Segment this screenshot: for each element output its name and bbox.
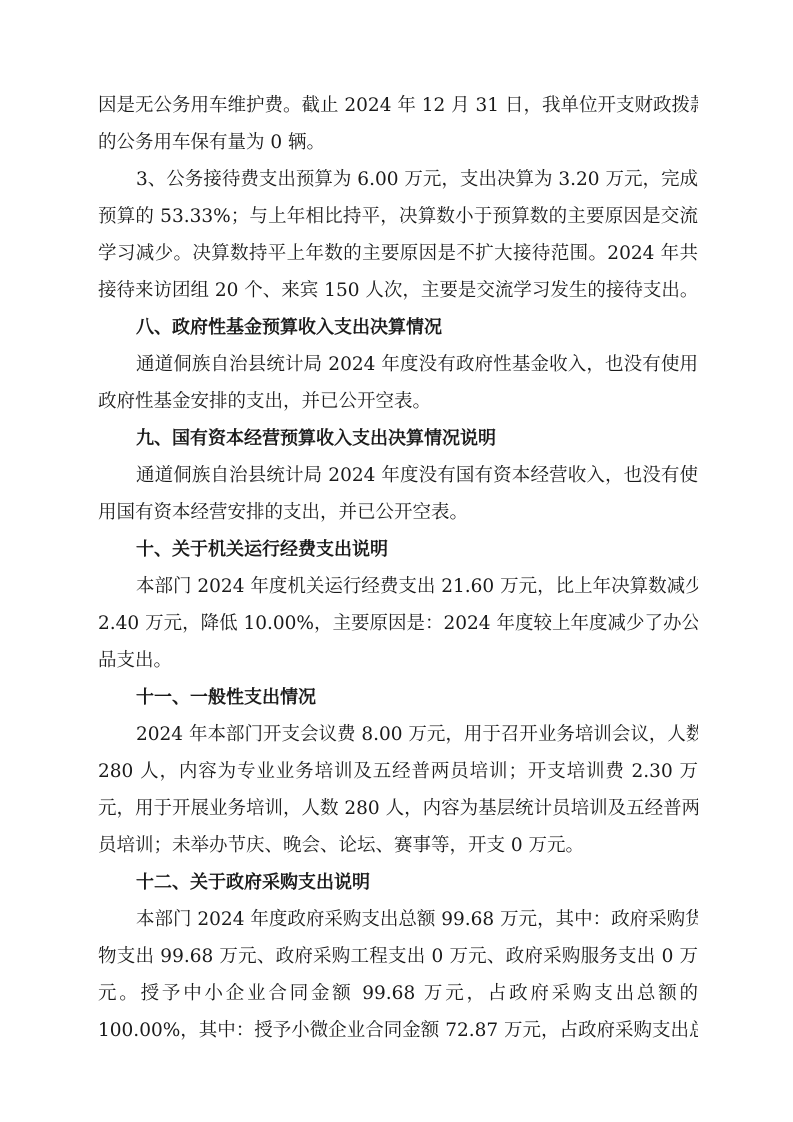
text-line: 通道侗族自治县统计局 2024 年度没有国有资本经营收入，也没有使 [98, 457, 698, 494]
text-line: 3、公务接待费支出预算为 6.00 万元，支出决算为 3.20 万元，完成 [98, 161, 698, 198]
section-heading-8: 八、政府性基金预算收入支出决算情况 [98, 309, 698, 346]
section-heading-9: 九、国有资本经营预算收入支出决算情况说明 [98, 420, 698, 457]
text-line: 2.40 万元，降低 10.00%，主要原因是：2024 年度较上年度减少了办公… [98, 605, 698, 642]
text-line: 本部门 2024 年度政府采购支出总额 99.68 万元，其中：政府采购货 [98, 901, 698, 938]
paragraph-state-capital: 通道侗族自治县统计局 2024 年度没有国有资本经营收入，也没有使 用国有资本经… [98, 457, 698, 531]
text-line: 接待来访团组 20 个、来宾 150 人次，主要是交流学习发生的接待支出。 [98, 272, 698, 309]
section-heading-12: 十二、关于政府采购支出说明 [98, 864, 698, 901]
text-line: 学习减少。决算数持平上年数的主要原因是不扩大接待范围。2024 年共 [98, 235, 698, 272]
text-line: 预算的 53.33%；与上年相比持平，决算数小于预算数的主要原因是交流 [98, 198, 698, 235]
text-line: 的公务用车保有量为 0 辆。 [98, 124, 698, 161]
paragraph-reception: 3、公务接待费支出预算为 6.00 万元，支出决算为 3.20 万元，完成 预算… [98, 161, 698, 309]
text-line: 本部门 2024 年度机关运行经费支出 21.60 万元，比上年决算数减少 [98, 568, 698, 605]
paragraph-gov-fund: 通道侗族自治县统计局 2024 年度没有政府性基金收入，也没有使用 政府性基金安… [98, 346, 698, 420]
text-line: 用国有资本经营安排的支出，并已公开空表。 [98, 494, 698, 531]
text-line: 元，用于开展业务培训，人数 280 人，内容为基层统计员培训及五经普两 [98, 790, 698, 827]
paragraph-vehicle: 因是无公务用车维护费。截止 2024 年 12 月 31 日，我单位开支财政拨款… [98, 87, 698, 161]
text-line: 100.00%，其中：授予小微企业合同金额 72.87 万元，占政府采购支出总 [98, 1012, 698, 1049]
paragraph-general-expenses: 2024 年本部门开支会议费 8.00 万元，用于召开业务培训会议，人数 280… [98, 716, 698, 864]
paragraph-procurement: 本部门 2024 年度政府采购支出总额 99.68 万元，其中：政府采购货 物支… [98, 901, 698, 1049]
section-heading-11: 十一、一般性支出情况 [98, 679, 698, 716]
text-line: 因是无公务用车维护费。截止 2024 年 12 月 31 日，我单位开支财政拨款 [98, 87, 698, 124]
document-page: 因是无公务用车维护费。截止 2024 年 12 月 31 日，我单位开支财政拨款… [98, 87, 698, 1049]
section-heading-10: 十、关于机关运行经费支出说明 [98, 531, 698, 568]
text-line: 元。授予中小企业合同金额 99.68 万元，占政府采购支出总额的 [98, 975, 698, 1012]
text-line: 通道侗族自治县统计局 2024 年度没有政府性基金收入，也没有使用 [98, 346, 698, 383]
paragraph-operating-costs: 本部门 2024 年度机关运行经费支出 21.60 万元，比上年决算数减少 2.… [98, 568, 698, 679]
text-line: 品支出。 [98, 642, 698, 679]
text-line: 物支出 99.68 万元、政府采购工程支出 0 万元、政府采购服务支出 0 万 [98, 938, 698, 975]
text-line: 280 人，内容为专业业务培训及五经普两员培训；开支培训费 2.30 万 [98, 753, 698, 790]
text-line: 政府性基金安排的支出，并已公开空表。 [98, 383, 698, 420]
text-line: 员培训；未举办节庆、晚会、论坛、赛事等，开支 0 万元。 [98, 827, 698, 864]
text-line: 2024 年本部门开支会议费 8.00 万元，用于召开业务培训会议，人数 [98, 716, 698, 753]
